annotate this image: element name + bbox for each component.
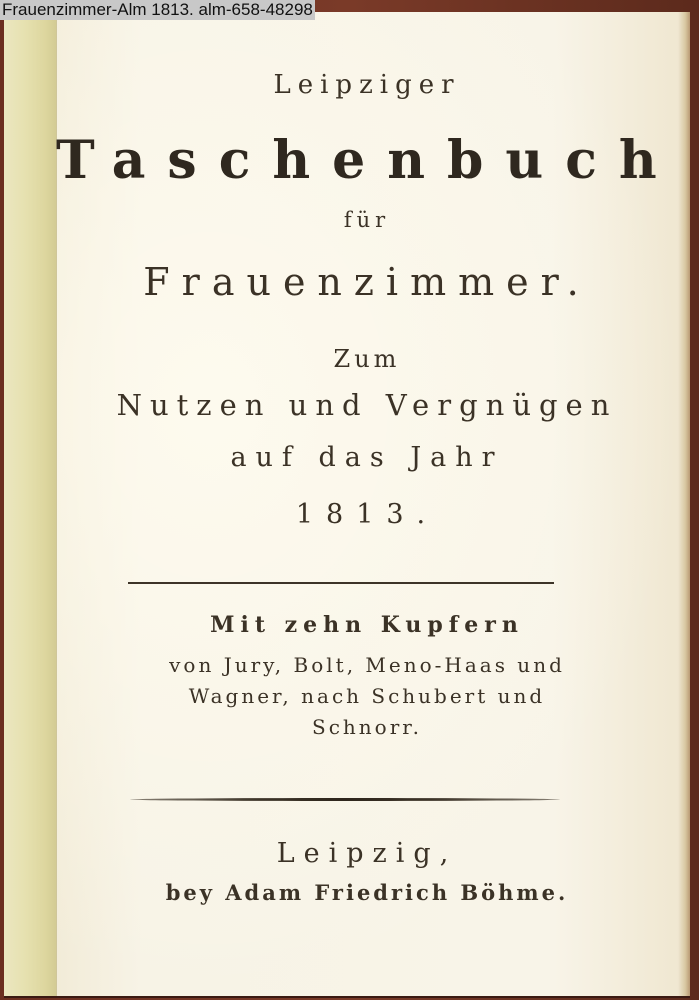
image-caption: Frauenzimmer-Alm 1813. alm-658-48298	[0, 0, 315, 20]
engravers-line-3: Schnorr.	[56, 715, 678, 739]
engravers-line-2: Wagner, nach Schubert und	[56, 684, 678, 708]
title-page-content: Leipziger Taschenbuch für Frauenzimmer. …	[56, 12, 678, 996]
subtitle-year-label: auf das Jahr	[56, 442, 678, 473]
engravers-line-1: von Jury, Bolt, Meno-Haas und	[56, 653, 678, 677]
illustrations-heading: Mit zehn Kupfern	[56, 612, 678, 638]
title-audience: Frauenzimmer.	[56, 260, 678, 304]
city-adjective: Leipziger	[56, 70, 678, 100]
title-page: Leipziger Taschenbuch für Frauenzimmer. …	[4, 12, 690, 998]
subtitle-zum: Zum	[56, 345, 678, 373]
divider-rule	[128, 582, 554, 584]
title-preposition: für	[56, 208, 678, 232]
publication-place: Leipzig,	[56, 838, 678, 869]
publisher: bey Adam Friedrich Böhme.	[56, 880, 678, 905]
main-title: Taschenbuch	[56, 130, 678, 191]
page-gutter	[4, 12, 57, 996]
publication-year: 1813.	[56, 499, 678, 530]
page-fore-edge	[678, 12, 690, 996]
ornamental-divider-rule	[130, 798, 560, 801]
subtitle-purpose: Nutzen und Vergnügen	[56, 388, 678, 422]
